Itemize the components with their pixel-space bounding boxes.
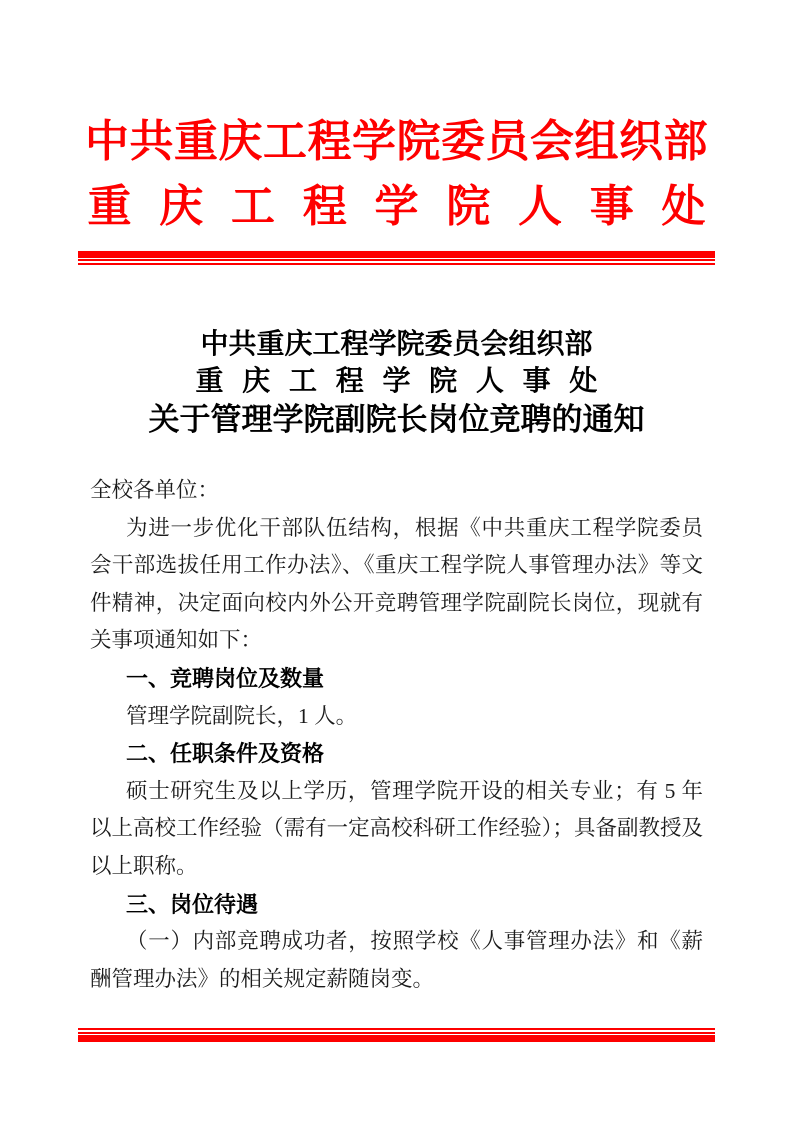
separator-thick-bar [78,1035,715,1042]
section-heading: 一、竞聘岗位及数量 [90,660,703,698]
separator-thick-bar [78,251,715,258]
body-text: 全校各单位：为进一步优化干部队伍结构，根据《中共重庆工程学院委员会干部选拔任用工… [90,472,703,998]
body-line: （一）内部竞聘成功者，按照学校《人事管理办法》和《薪 [90,923,703,961]
body-line: 酬管理办法》的相关规定薪随岗变。 [90,961,703,999]
body-line: 为进一步优化干部队伍结构，根据《中共重庆工程学院委员 [90,510,703,548]
body-line: 以上高校工作经验（需有一定高校科研工作经验）；具备副教授及 [90,810,703,848]
body-line: 管理学院副院长，1 人。 [90,698,703,736]
title-line3: 关于管理学院副院长岗位竞聘的通知 [0,400,793,440]
body-line: 关事项通知如下： [90,622,703,660]
title-line1: 中共重庆工程学院委员会组织部 [0,326,793,363]
body-line: 件精神，决定面向校内外公开竞聘管理学院副院长岗位，现就有 [90,585,703,623]
section-heading: 二、任职条件及资格 [90,735,703,773]
document-page: 中共重庆工程学院委员会组织部 重庆工程学院人事处 中共重庆工程学院委员会组织部 … [0,0,793,1122]
section-heading: 三、岗位待遇 [90,886,703,924]
top-separator-rule [78,251,715,265]
separator-thin-line [78,263,715,265]
document-title: 中共重庆工程学院委员会组织部 重庆工程学院人事处 关于管理学院副院长岗位竞聘的通… [0,326,793,440]
letterhead-line1: 中共重庆工程学院委员会组织部 [0,109,793,175]
body-line: 以上职称。 [90,848,703,886]
body-line: 会干部选拔任用工作办法》、《重庆工程学院人事管理办法》等文 [90,547,703,585]
body-line: 全校各单位： [90,472,703,510]
body-line: 硕士研究生及以上学历，管理学院开设的相关专业；有 5 年 [90,773,703,811]
bottom-separator-rule [78,1028,715,1042]
letterhead-line2: 重庆工程学院人事处 [88,175,706,239]
letterhead: 中共重庆工程学院委员会组织部 重庆工程学院人事处 [0,109,793,239]
title-line2: 重庆工程学院人事处 [196,363,598,400]
